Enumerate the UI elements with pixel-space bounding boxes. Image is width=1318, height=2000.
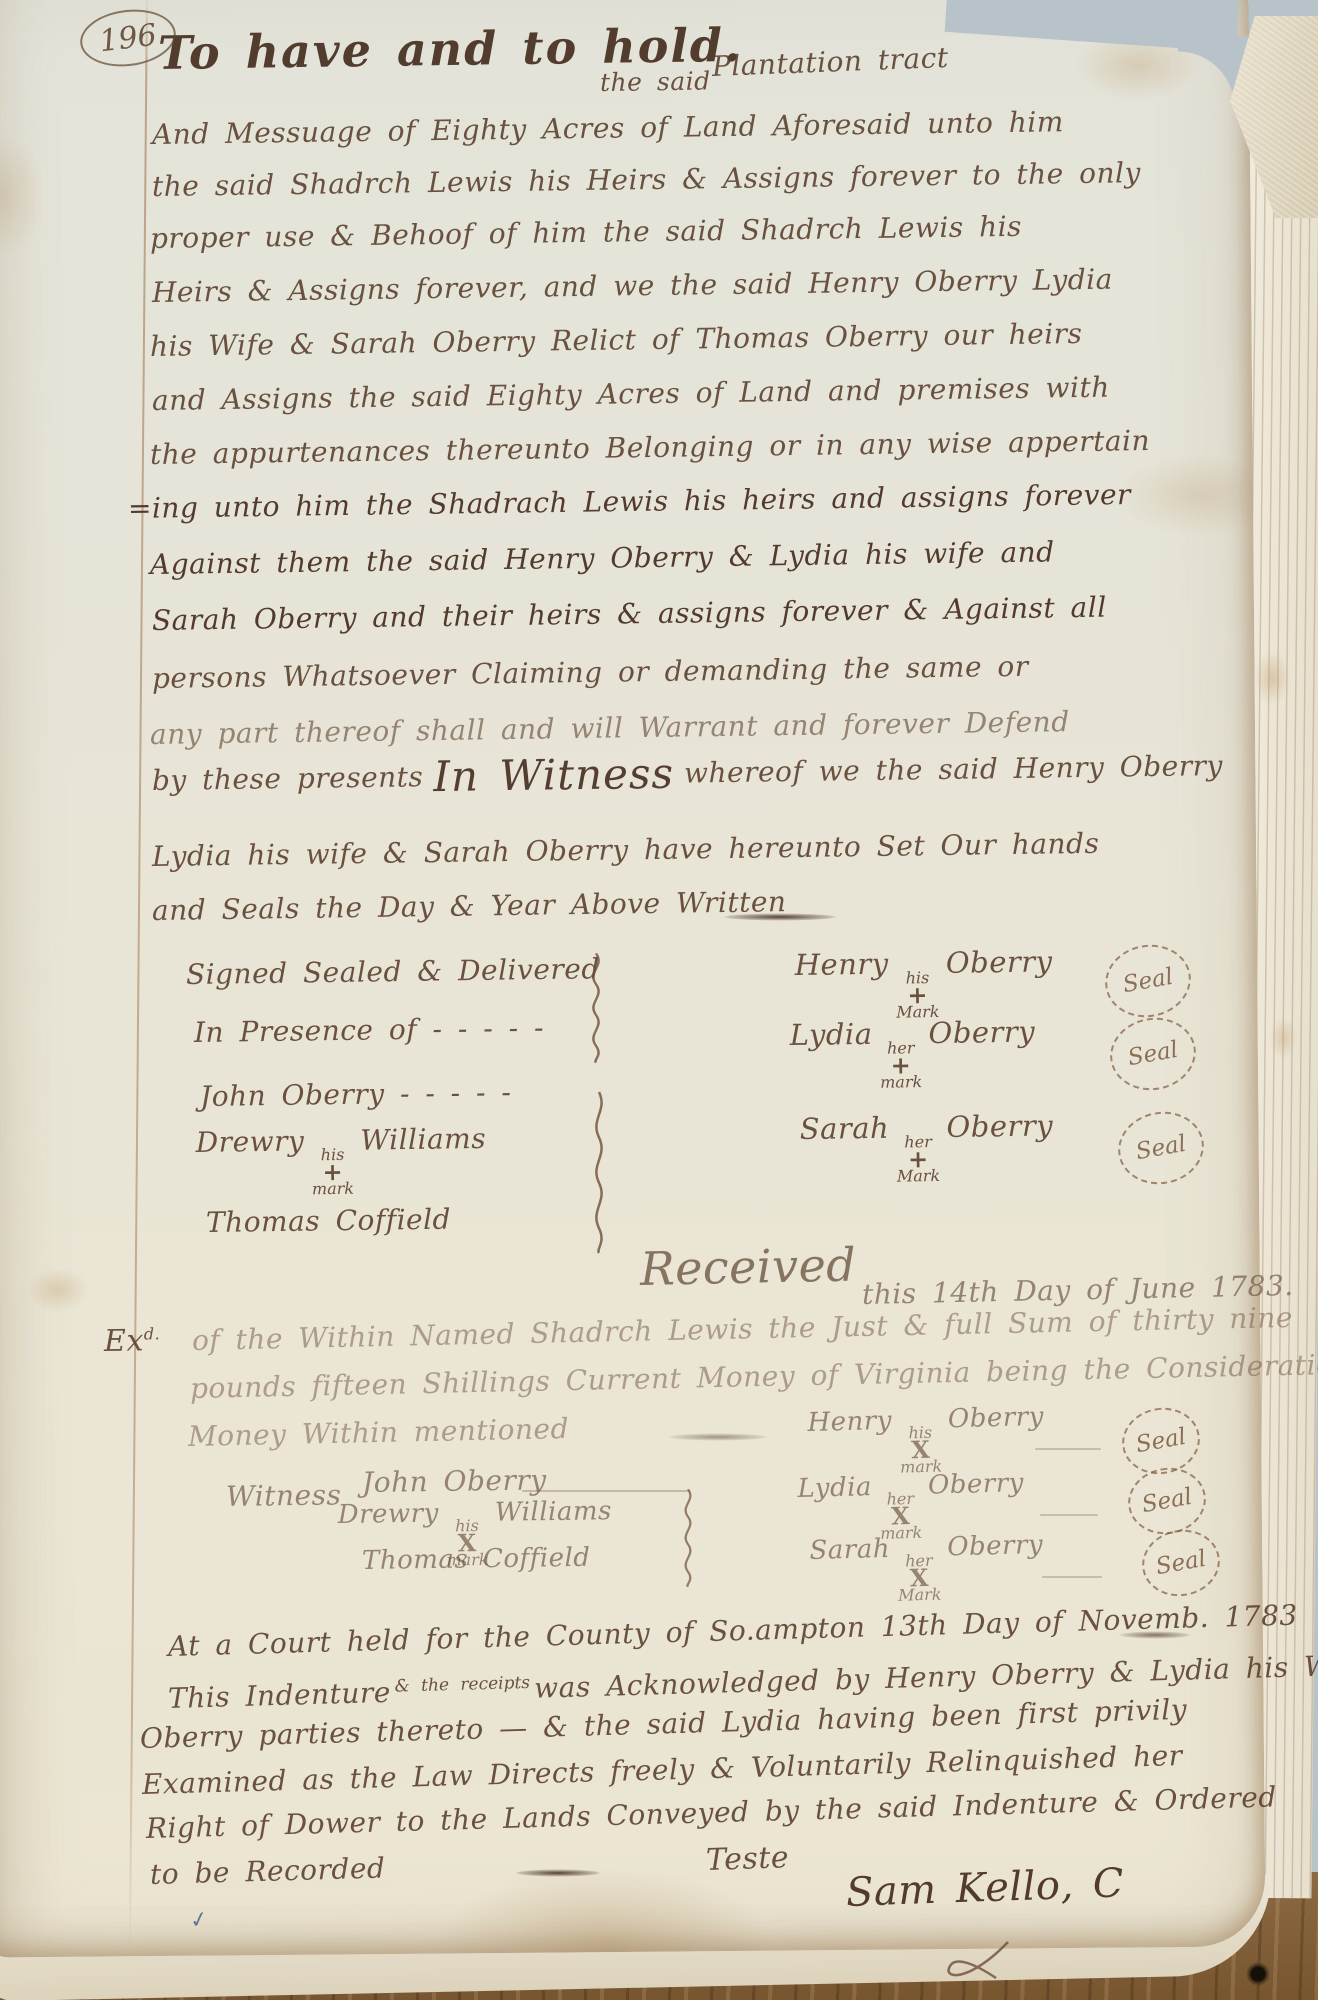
attestation-line: In Presence of - - - - - (194, 1011, 544, 1050)
ink-flourish-dash (1105, 1630, 1205, 1640)
her-mark-cross: her+Mark (896, 1135, 940, 1183)
deed-line-witness: by these presentsIn Witnesswhereof we th… (152, 749, 1223, 798)
signer-last-name: Oberry (928, 1015, 1035, 1050)
deed-line: the appurtenances thereunto Belonging or… (150, 424, 1150, 472)
deed-heading: To have and to hold. (158, 28, 742, 70)
mark-label-below: mark (880, 1075, 922, 1089)
deed-heading-mid: the said (600, 64, 711, 100)
her-mark-cross: her+mark (880, 1041, 923, 1089)
deed-line-part: whereof we the said Henry Oberry (684, 749, 1223, 790)
her-mark-cross: herXMark (897, 1554, 941, 1603)
signer-first-name: Sarah (809, 1534, 890, 1566)
deed-line: proper use & Behoof of him the said Shad… (150, 210, 1022, 256)
signer-first-name: Sarah (799, 1111, 889, 1146)
ink-brace (588, 1090, 610, 1255)
deed-line: Against them the said Henry Oberry & Lyd… (150, 535, 1055, 582)
seal: Seal (1099, 938, 1196, 1024)
deed-line: Heirs & Assigns forever, and we the said… (152, 263, 1113, 310)
deed-heading-tail: Plantation tract (711, 41, 949, 84)
signature-henry-oberry: HenryhisXmarkOberry (807, 1400, 1045, 1477)
deed-line: Sarah Oberry and their heirs & assigns f… (152, 591, 1107, 638)
attestation-line: Signed Sealed & Delivered (186, 952, 600, 992)
receipt-heading: Received (640, 1247, 857, 1286)
signer-first-name: Lydia (797, 1472, 872, 1504)
witness-thomas-coffield: Thomas Coffield (362, 1541, 591, 1578)
court-line: to be Recorded (150, 1851, 386, 1892)
signature-flourish (930, 1938, 1030, 1986)
ink-line (1040, 1514, 1098, 1516)
witness-drewry-williams: Drewryhis+markWilliams (196, 1122, 487, 1198)
manuscript-content: 196 To have and to hold. the said Planta… (0, 0, 1318, 2000)
mark-label-below: Mark (897, 1169, 940, 1183)
signer-first-name: Henry (794, 947, 888, 982)
witness-label: Witness (226, 1478, 342, 1514)
deed-line: =ing unto him the Shadrach Lewis his hei… (128, 478, 1131, 526)
mark-label-below: mark (312, 1182, 354, 1196)
margin-note-text: Ex (104, 1323, 144, 1359)
clerk-signature: Sam Kello, C (845, 1866, 1124, 1910)
witness-john-oberry: John Oberry - - - - - (200, 1076, 512, 1114)
signer-last-name: Oberry (948, 1402, 1045, 1435)
deed-line: the said Shadrch Lewis his Heirs & Assig… (152, 156, 1141, 204)
signature-henry-oberry: Henryhis+MarkOberry (794, 944, 1053, 1020)
signer-first-name: Henry (807, 1406, 892, 1438)
deed-line: And Messuage of Eighty Acres of Land Afo… (152, 105, 1064, 152)
ink-brace (585, 952, 607, 1064)
ink-flourish-dash (648, 1432, 788, 1442)
witness-name-part: Drewry (196, 1124, 305, 1159)
receipt-line: of the Within Named Shadrch Lewis the Ju… (192, 1301, 1294, 1358)
witness-thomas-coffield: Thomas Coffield (206, 1203, 451, 1240)
witness-name-part: Drewry (338, 1499, 439, 1530)
receipt-line: pounds fifteen Shillings Current Money o… (190, 1348, 1318, 1406)
in-witness-emphasis: In Witness (433, 749, 674, 801)
witness-name-part: Williams (360, 1122, 486, 1157)
deed-line: persons Whatsoever Claiming or demanding… (152, 650, 1029, 696)
mark-label-below: Mark (898, 1588, 942, 1603)
check-mark: ✓ (188, 1906, 211, 1934)
his-mark-cross: his+Mark (896, 971, 940, 1019)
ink-brace (678, 1488, 698, 1588)
seal: Seal (1104, 1011, 1201, 1097)
examined-margin-note: Exd. (104, 1317, 161, 1359)
deed-line: any part thereof shall and will Warrant … (150, 705, 1070, 752)
seal: Seal (1137, 1524, 1225, 1603)
ink-flourish-dash (498, 1868, 618, 1878)
margin-note-sup: d. (144, 1324, 161, 1343)
signature-sarah-oberry: Sarahher+MarkOberry (799, 1108, 1053, 1184)
his-mark-cross: his+mark (311, 1148, 354, 1196)
ink-line (1042, 1576, 1102, 1578)
signer-last-name: Oberry (928, 1468, 1025, 1501)
signature-lydia-oberry: Lydiaher+markOberry (789, 1015, 1035, 1091)
seal: Seal (1123, 1462, 1211, 1541)
teste-label: Teste (705, 1841, 789, 1878)
ink-flourish-dash (700, 912, 860, 922)
deed-line: and Seals the Day & Year Above Written (152, 885, 787, 928)
ink-line (522, 1490, 690, 1492)
interlinear-insertion: & the receipts (394, 1673, 530, 1697)
signer-last-name: Oberry (946, 944, 1053, 979)
deed-line: and Assigns the said Eighty Acres of Lan… (152, 371, 1110, 418)
signature-sarah-oberry: SarahherXMarkOberry (809, 1528, 1044, 1605)
deed-line: his Wife & Sarah Oberry Relict of Thomas… (150, 317, 1083, 364)
ink-line (1035, 1448, 1101, 1450)
his-mark-cross: hisXmark (899, 1426, 942, 1475)
deed-line: Lydia his wife & Sarah Oberry have hereu… (152, 827, 1100, 874)
court-line-part: This Indenture (168, 1676, 392, 1715)
signer-first-name: Lydia (789, 1017, 872, 1052)
signer-last-name: Oberry (946, 1108, 1053, 1143)
deed-line-part: by these presents (152, 760, 424, 797)
receipt-line: Money Within mentioned (188, 1412, 570, 1454)
court-line-part: was Acknowledged by Henry Oberry & Lydia… (534, 1644, 1318, 1704)
seal: Seal (1112, 1105, 1209, 1191)
signer-last-name: Oberry (947, 1530, 1044, 1563)
witness-name-part: Williams (495, 1496, 612, 1528)
